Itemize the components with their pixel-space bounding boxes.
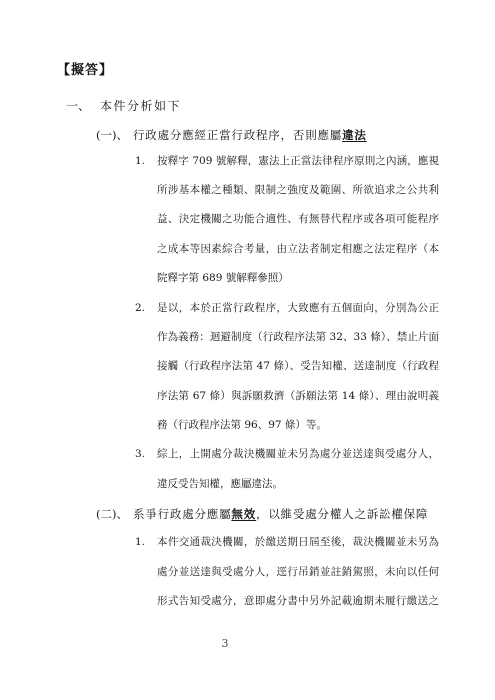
section2-heading-text: 系爭行政處分應屬 — [133, 507, 231, 521]
section1-number: (一)、 — [96, 127, 128, 143]
body-line-text: 接觸（行政程序法第 47 條）、受告知權、送達制度（行政程 — [157, 360, 439, 372]
body-line-text: 所涉基本權之種類、限制之強度及範圍、所欲追求之公共利 — [157, 184, 439, 196]
body-line-text: 務（行政程序法第 96、97 條）等。 — [157, 419, 327, 431]
list-item-number: 2. — [135, 301, 145, 315]
body-line: 之成本等因素綜合考量，由立法者制定相應之法定程序（本 — [157, 242, 439, 256]
body-line: 所涉基本權之種類、限制之強度及範圍、所欲追求之公共利 — [157, 183, 439, 197]
body-line: 序法第 67 條）與訴願救濟（訴願法第 14 條）、理由說明義 — [157, 389, 439, 403]
body-line-text: 作為義務：迴避制度（行政程序法第 32、33 條）、禁止片面 — [157, 331, 439, 343]
list-item-number: 1. — [135, 154, 145, 168]
body-line-text: 綜上，上開處分裁決機關並未另為處分並送達與受處分人， — [157, 448, 439, 460]
level1-title: 本件分析如下 — [100, 97, 181, 114]
body-line-text: 本件交通裁決機關，於繳送期日屆至後，裁決機關並未另為 — [157, 536, 439, 548]
section1-heading-text: 行政處分應經正當行政程序，否則應屬 — [133, 128, 342, 142]
section1-heading: 行政處分應經正當行政程序，否則應屬違法 — [133, 127, 367, 143]
body-line-text: 按釋字 709 號解釋，憲法上正當法律程序原則之內涵，應視 — [157, 155, 439, 167]
body-line: 作為義務：迴避制度（行政程序法第 32、33 條）、禁止片面 — [157, 330, 439, 344]
body-line-text: 處分並送達與受處分人，逕行吊銷並註銷駕照，未向以任何 — [157, 566, 439, 578]
body-line-text: 院釋字第 689 號解釋參照） — [157, 272, 289, 284]
body-line: 接觸（行政程序法第 47 條）、受告知權、送達制度（行政程 — [157, 359, 439, 373]
body-line: 2.是以，本於正當行政程序，大致應有五個面向，分別為公正 — [157, 301, 439, 315]
emphasis-illegal: 違法 — [342, 128, 367, 142]
body-line-text: 形式告知受處分，意即處分書中另外記載逾期未履行繳送之 — [157, 595, 439, 607]
body-line: 益、決定機關之功能合適性、有無替代程序或各項可能程序 — [157, 212, 439, 226]
list-item-number: 3. — [135, 447, 145, 461]
body-line-text: 之成本等因素綜合考量，由立法者制定相應之法定程序（本 — [157, 243, 439, 255]
answer-header: 【擬答】 — [57, 59, 113, 78]
body-line-text: 益、決定機關之功能合適性、有無替代程序或各項可能程序 — [157, 213, 439, 225]
body-line: 院釋字第 689 號解釋參照） — [157, 271, 439, 285]
emphasis-void: 無效 — [231, 507, 256, 521]
body-line-text: 違反受告知權，應屬違法。 — [157, 478, 283, 490]
list-item-number: 1. — [135, 535, 145, 549]
body-line: 3.綜上，上開處分裁決機關並未另為處分並送達與受處分人， — [157, 447, 439, 461]
body-line: 違反受告知權，應屬違法。 — [157, 477, 439, 491]
section2-heading-tail: ，以維受處分權人之訴訟權保障 — [256, 507, 428, 521]
level1-number: 一、 — [66, 97, 90, 114]
body-line: 形式告知受處分，意即處分書中另外記載逾期未履行繳送之 — [157, 594, 439, 608]
body-line-text: 序法第 67 條）與訴願救濟（訴願法第 14 條）、理由說明義 — [157, 390, 439, 402]
body-line: 1.本件交通裁決機關，於繳送期日屆至後，裁決機關並未另為 — [157, 535, 439, 549]
body-line: 務（行政程序法第 96、97 條）等。 — [157, 418, 439, 432]
section2-heading: 系爭行政處分應屬無效，以維受處分權人之訴訟權保障 — [133, 506, 428, 522]
page-number: 3 — [180, 637, 270, 650]
section2-number: (二)、 — [96, 506, 128, 522]
body-line: 處分並送達與受處分人，逕行吊銷並註銷駕照，未向以任何 — [157, 565, 439, 579]
document-page: 【擬答】 一、 本件分析如下 (一)、 行政處分應經正當行政程序，否則應屬違法 … — [0, 0, 495, 700]
body-line-text: 是以，本於正當行政程序，大致應有五個面向，分別為公正 — [157, 302, 439, 314]
body-line: 1.按釋字 709 號解釋，憲法上正當法律程序原則之內涵，應視 — [157, 154, 439, 168]
